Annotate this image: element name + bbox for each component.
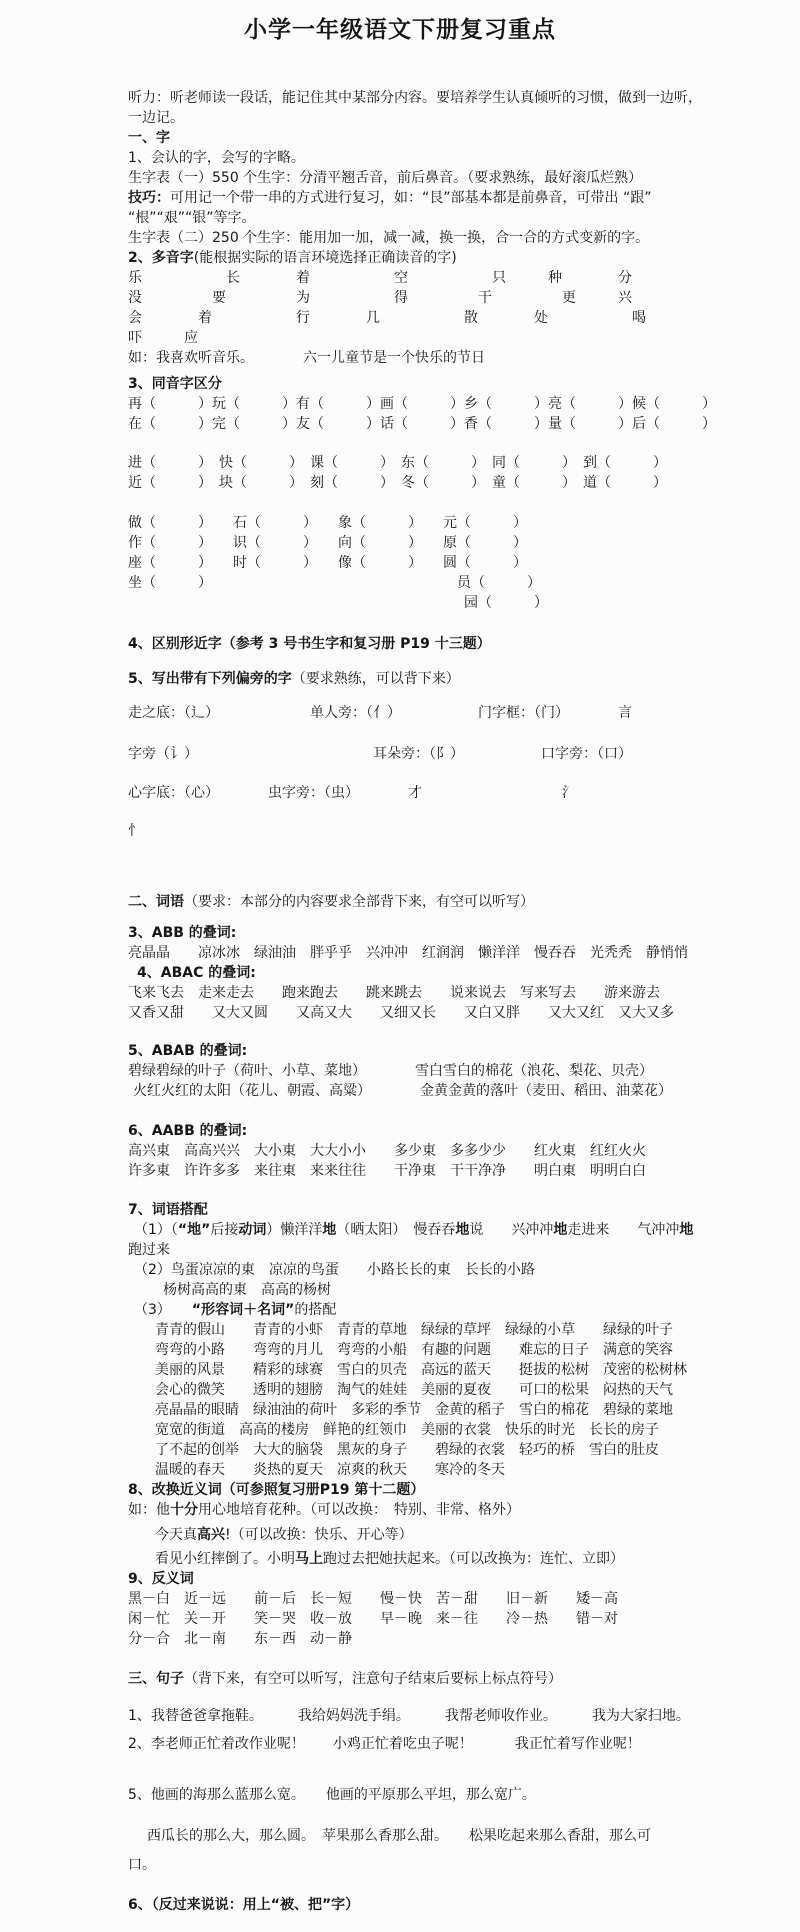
- emphasis-text: 5、写出带有下列偏旁的字: [128, 671, 292, 687]
- text-run: 亮晶晶的眼睛 绿油油的荷叶 多彩的季节 金黄的稻子 雪白的棉花 碧绿的菜地: [155, 1402, 673, 1418]
- text-line: 高兴東 高高兴兴 大小東 大大小小 多少東 多多少少 红火東 红红火火: [128, 1141, 800, 1161]
- text-run: （3）: [134, 1302, 192, 1318]
- text-line: 座（ ） 时（ ） 像（ ） 圆（ ）: [128, 553, 800, 573]
- emphasis-text: 4、区别形近字（参考 3 号书生字和复习册 P19 十三题）: [128, 636, 491, 652]
- text-line: 碧绿碧绿的叶子（荷叶、小草、菜地） 雪白雪白的棉花（浪花、梨花、贝壳）: [128, 1061, 800, 1081]
- page-title: 小学一年级语文下册复习重点: [0, 14, 800, 46]
- text-line: 1、我替爸爸拿拖鞋。 我给妈妈洗手绢。 我帮老师收作业。 我为大家扫地。: [128, 1706, 800, 1726]
- section-heading: 5、ABAB 的叠词:: [128, 1041, 800, 1061]
- emphasis-text: 地: [553, 1222, 567, 1238]
- text-line: 了不起的创举 大大的脑袋 黑灰的身子 碧绿的衣裳 轻巧的桥 雪白的肚皮: [128, 1440, 800, 1460]
- text-run: 心字底：（心） 虫字旁：（虫） 才 氵: [128, 785, 576, 801]
- text-line: 飞来飞去 走来走去 跑来跑去 跳来跳去 说来说去 写来写去 游来游去: [128, 983, 800, 1003]
- text-run: 字旁（讠） 耳朵旁：（阝） 口字旁：（口）: [128, 746, 632, 762]
- emphasis-text: 3、ABB 的叠词:: [128, 925, 236, 941]
- text-line: 1、会认的字，会写的字略。: [128, 148, 800, 168]
- text-run: 忄: [128, 823, 142, 839]
- text-run: 坐（ ） 员（ ）: [128, 575, 541, 591]
- text-run: （晒太阳） 慢吞吞: [336, 1222, 455, 1238]
- text-line: 作（ ） 识（ ） 向（ ） 原（ ）: [128, 533, 800, 553]
- text-line: （1）（“地”后接动词）懒洋洋地（晒太阳） 慢吞吞地说 兴冲冲地走进来 气冲冲地: [128, 1220, 800, 1240]
- text-line: 如：他十分用心地培育花种。（可以改换： 特别、非常、格外）: [128, 1500, 800, 1520]
- emphasis-text: 高兴: [197, 1527, 225, 1543]
- text-line: 看见小红摔倒了。小明马上跑过去把她扶起来。（可以改换为：连忙、立即）: [128, 1549, 800, 1569]
- text-run: 用心地培育花种。（可以改换： 特别、非常、格外）: [198, 1502, 520, 1518]
- emphasis-text: 技巧：: [128, 190, 170, 206]
- emphasis-text: 动词: [238, 1222, 266, 1238]
- text-line: （2）鸟蛋凉凉的東 凉凉的鸟蛋 小路长长的東 长长的小路: [128, 1260, 800, 1280]
- text-line: 走之底：（辶） 单人旁：（亻） 门字框：（门） 言: [128, 703, 800, 723]
- text-run: 分－合 北－南 东－西 动－静: [128, 1631, 352, 1647]
- emphasis-text: 4、ABAC 的叠词:: [137, 965, 256, 981]
- text-run: !（可以改换：快乐、开心等）: [225, 1527, 413, 1543]
- text-line: 吓 应: [128, 328, 800, 348]
- text-run: 生字表（一）550 个生字：分清平翘舌音，前后鼻音。（要求熟练，最好滚瓜烂熟）: [128, 170, 642, 186]
- text-line: 会心的微笑 透明的翅膀 淘气的娃娃 美丽的夏夜 可口的松果 闷热的天气: [128, 1380, 800, 1400]
- text-line: 又香又甜 又大又圆 又高又大 又细又长 又白又胖 又大又红 又大又多: [128, 1003, 800, 1023]
- text-line: 坐（ ） 员（ ）: [128, 573, 800, 593]
- text-line: 生字表（一）550 个生字：分清平翘舌音，前后鼻音。（要求熟练，最好滚瓜烂熟）: [128, 168, 800, 188]
- text-run: 进（ ） 快（ ） 课（ ） 东（ ） 同（ ） 到（ ）: [128, 455, 667, 471]
- emphasis-text: 三、句子: [128, 1671, 184, 1687]
- emphasis-text: 5、ABAB 的叠词:: [128, 1043, 247, 1059]
- emphasis-text: 地: [455, 1222, 469, 1238]
- text-run: （2）鸟蛋凉凉的東 凉凉的鸟蛋 小路长长的東 长长的小路: [134, 1262, 535, 1278]
- text-run: 如：他: [128, 1502, 170, 1518]
- text-run: （要求熟练，可以背下来）: [292, 671, 460, 687]
- emphasis-text: 7、词语搭配: [128, 1202, 208, 1218]
- text-run: 看见小红摔倒了。小明: [155, 1551, 295, 1567]
- text-line: 2、李老师正忙着改作业呢！ 小鸡正忙着吃虫子呢！ 我正忙着写作业呢！: [128, 1734, 800, 1754]
- emphasis-text: “地”: [178, 1222, 210, 1238]
- text-line: 做（ ） 石（ ） 象（ ） 元（ ）: [128, 513, 800, 533]
- text-run: “根”“艰”“银”等字。: [128, 210, 256, 226]
- text-run: 黑－白 近－远 前－后 长－短 慢－快 苦－甜 旧－新 矮－高: [128, 1591, 618, 1607]
- text-line: 5、他画的海那么蓝那么宽。 他画的平原那么平坦，那么宽广。: [128, 1785, 800, 1805]
- text-line: 会 着 行 几 散 处 喝: [128, 308, 800, 328]
- section-heading: 8、改换近义词（可参照复习册P19 第十二题）: [128, 1480, 800, 1500]
- text-run: 许多東 许许多多 来往東 来来往往 干净東 干干净净 明白東 明明白白: [128, 1163, 646, 1179]
- text-line: 近（ ） 块（ ） 刻（ ） 冬（ ） 童（ ） 道（ ）: [128, 473, 800, 493]
- text-run: 跑过去把她扶起来。（可以改换为：连忙、立即）: [323, 1551, 624, 1567]
- text-line: 生字表（二）250 个生字：能用加一加，减一减，换一换，合一合的方式变新的字。: [128, 228, 800, 248]
- text-run: 5、他画的海那么蓝那么宽。 他画的平原那么平坦，那么宽广。: [128, 1787, 536, 1803]
- text-run: 乐 长 着 空 只 种 分: [128, 270, 632, 286]
- text-line: 许多東 许许多多 来往東 来来往往 干净東 干干净净 明白東 明明白白: [128, 1161, 800, 1181]
- section-heading: 二、词语（要求：本部分的内容要求全部背下来，有空可以听写）: [128, 892, 800, 912]
- section-heading: 三、句子（背下来，有空可以听写，注意句子结束后要标上标点符号）: [128, 1669, 800, 1689]
- section-heading: 3、同音字区分: [128, 374, 800, 394]
- text-line: 分－合 北－南 东－西 动－静: [128, 1629, 800, 1649]
- text-run: 在（ ）完（ ）友（ ）话（ ）香（ ）量（ ）后（ ）: [128, 416, 716, 432]
- text-run: (能根据实际的语言环境选择正确读音的字): [194, 250, 457, 266]
- emphasis-text: 3、同音字区分: [128, 376, 222, 392]
- text-line: 技巧：可用记一个带一串的方式进行复习，如：“艮”部基本都是前鼻音，可带出 “跟”: [128, 188, 800, 208]
- text-run: 飞来飞去 走来走去 跑来跑去 跳来跳去 说来说去 写来写去 游来游去: [128, 985, 660, 1001]
- text-line: 青青的假山 青青的小虾 青青的草地 绿绿的草坪 绿绿的小草 绿绿的叶子: [128, 1320, 800, 1340]
- text-run: 火红火红的太阳（花儿、朝霞、高粱） 金黄金黄的落叶（麦田、稻田、油菜花）: [133, 1083, 672, 1099]
- text-run: 说 兴冲冲: [469, 1222, 553, 1238]
- text-run: 走之底：（辶） 单人旁：（亻） 门字框：（门） 言: [128, 705, 632, 721]
- text-line: 杨树高高的東 高高的杨树: [128, 1280, 800, 1300]
- document-body: 听力：听老师读一段话，能记住其中某部分内容。要培养学生认真倾听的习惯，做到一边听…: [128, 88, 800, 1915]
- text-run: 亮晶晶 凉冰冰 绿油油 胖乎乎 兴冲冲 红润润 懒洋洋 慢吞吞 光秃秃 静悄悄: [128, 945, 688, 961]
- text-run: 青青的假山 青青的小虾 青青的草地 绿绿的草坪 绿绿的小草 绿绿的叶子: [155, 1322, 673, 1338]
- text-run: 走进来 气冲冲: [567, 1222, 679, 1238]
- text-line: 亮晶晶的眼睛 绿油油的荷叶 多彩的季节 金黄的稻子 雪白的棉花 碧绿的菜地: [128, 1400, 800, 1420]
- text-line: 心字底：（心） 虫字旁：（虫） 才 氵: [128, 783, 800, 803]
- text-line: 字旁（讠） 耳朵旁：（阝） 口字旁：（口）: [128, 744, 800, 764]
- text-line: 美丽的风景 精彩的球赛 雪白的贝壳 高远的蓝天 挺拔的松树 茂密的松树林: [128, 1360, 800, 1380]
- emphasis-text: 2、多音字: [128, 250, 194, 266]
- text-run: ）懒洋洋: [266, 1222, 322, 1238]
- text-run: 生字表（二）250 个生字：能用加一加，减一减，换一换，合一合的方式变新的字。: [128, 230, 649, 246]
- text-run: 作（ ） 识（ ） 向（ ） 原（ ）: [128, 535, 527, 551]
- text-run: 再（ ）玩（ ）有（ ）画（ ）乡（ ）亮（ ）候（ ）: [128, 396, 716, 412]
- emphasis-text: 6、（反过来说说：用上“被、把”字）: [128, 1897, 359, 1913]
- emphasis-text: 8、改换近义词（可参照复习册P19 第十二题）: [128, 1482, 424, 1498]
- text-line: 如：我喜欢听音乐。 六一儿童节是一个快乐的节日: [128, 348, 800, 368]
- text-line: 进（ ） 快（ ） 课（ ） 东（ ） 同（ ） 到（ ）: [128, 453, 800, 473]
- text-line: 再（ ）玩（ ）有（ ）画（ ）乡（ ）亮（ ）候（ ）: [128, 394, 800, 414]
- text-line: 园（ ）: [128, 593, 800, 613]
- text-line: 弯弯的小路 弯弯的月儿 弯弯的小船 有趣的问题 难忘的日子 满意的笑容: [128, 1340, 800, 1360]
- text-run: 会 着 行 几 散 处 喝: [128, 310, 646, 326]
- text-line: 乐 长 着 空 只 种 分: [128, 268, 800, 288]
- text-run: 又香又甜 又大又圆 又高又大 又细又长 又白又胖 又大又红 又大又多: [128, 1005, 674, 1021]
- section-heading: 6、AABB 的叠词:: [128, 1121, 800, 1141]
- text-line: 闲－忙 关－开 笑－哭 收－放 早－晚 来－往 冷－热 错－对: [128, 1609, 800, 1629]
- text-line: 忄: [128, 821, 800, 841]
- page: 小学一年级语文下册复习重点 听力：听老师读一段话，能记住其中某部分内容。要培养学…: [0, 0, 800, 1932]
- section-heading: 9、反义词: [128, 1569, 800, 1589]
- text-line: 火红火红的太阳（花儿、朝霞、高粱） 金黄金黄的落叶（麦田、稻田、油菜花）: [128, 1081, 800, 1101]
- text-run: 口。: [128, 1857, 156, 1873]
- text-run: 没 要 为 得 干 更 兴: [128, 290, 632, 306]
- text-run: 弯弯的小路 弯弯的月儿 弯弯的小船 有趣的问题 难忘的日子 满意的笑容: [155, 1342, 673, 1358]
- text-run: 温暖的春天 炎热的夏天 凉爽的秋天 寒冷的冬天: [155, 1462, 505, 1478]
- text-line: 跑过来: [128, 1240, 800, 1260]
- text-line: 今天真高兴!（可以改换：快乐、开心等）: [128, 1525, 800, 1545]
- section-heading: 一、字: [128, 128, 800, 148]
- text-run: 2、李老师正忙着改作业呢！ 小鸡正忙着吃虫子呢！ 我正忙着写作业呢！: [128, 1736, 641, 1752]
- text-line: 一边记。: [128, 108, 800, 128]
- text-run: 高兴東 高高兴兴 大小東 大大小小 多少東 多多少少 红火東 红红火火: [128, 1143, 646, 1159]
- emphasis-text: “形容词＋名词”: [192, 1302, 294, 1318]
- text-run: 听力：听老师读一段话，能记住其中某部分内容。要培养学生认真倾听的习惯，做到一边听…: [128, 90, 702, 106]
- text-line: 西瓜长的那么大，那么圆。 苹果那么香那么甜。 松果吃起来那么香甜，那么可: [128, 1826, 800, 1846]
- section-heading: 5、写出带有下列偏旁的字（要求熟练，可以背下来）: [128, 669, 800, 689]
- section-heading: 3、ABB 的叠词:: [128, 923, 800, 943]
- text-line: 口。: [128, 1855, 800, 1875]
- text-run: 园（ ）: [128, 595, 548, 611]
- text-run: 宽宽的街道 高高的楼房 鲜艳的红领巾 美丽的衣裳 快乐的时光 长长的房子: [155, 1422, 659, 1438]
- section-heading: 2、多音字(能根据实际的语言环境选择正确读音的字): [128, 248, 800, 268]
- text-run: 1、我替爸爸拿拖鞋。 我给妈妈洗手绢。 我帮老师收作业。 我为大家扫地。: [128, 1708, 690, 1724]
- text-run: 吓 应: [128, 330, 198, 346]
- text-run: 做（ ） 石（ ） 象（ ） 元（ ）: [128, 515, 527, 531]
- text-run: 了不起的创举 大大的脑袋 黑灰的身子 碧绿的衣裳 轻巧的桥 雪白的肚皮: [155, 1442, 659, 1458]
- section-heading: 4、ABAC 的叠词:: [128, 963, 800, 983]
- text-run: 如：我喜欢听音乐。 六一儿童节是一个快乐的节日: [128, 350, 485, 366]
- text-line: 黑－白 近－远 前－后 长－短 慢－快 苦－甜 旧－新 矮－高: [128, 1589, 800, 1609]
- emphasis-text: 十分: [170, 1502, 198, 1518]
- text-run: 座（ ） 时（ ） 像（ ） 圆（ ）: [128, 555, 527, 571]
- text-line: 在（ ）完（ ）友（ ）话（ ）香（ ）量（ ）后（ ）: [128, 414, 800, 434]
- text-run: 闲－忙 关－开 笑－哭 收－放 早－晚 来－往 冷－热 错－对: [128, 1611, 618, 1627]
- section-heading: 7、词语搭配: [128, 1200, 800, 1220]
- text-line: （3） “形容词＋名词”的搭配: [128, 1300, 800, 1320]
- text-run: 近（ ） 块（ ） 刻（ ） 冬（ ） 童（ ） 道（ ）: [128, 475, 667, 491]
- emphasis-text: 二、词语: [128, 894, 184, 910]
- text-run: 今天真: [155, 1527, 197, 1543]
- text-run: 杨树高高的東 高高的杨树: [163, 1282, 331, 1298]
- text-run: （1）（: [134, 1222, 178, 1238]
- emphasis-text: 9、反义词: [128, 1571, 194, 1587]
- emphasis-text: 马上: [295, 1551, 323, 1567]
- emphasis-text: 一、字: [128, 130, 170, 146]
- text-run: （要求：本部分的内容要求全部背下来，有空可以听写）: [184, 894, 534, 910]
- text-run: 会心的微笑 透明的翅膀 淘气的娃娃 美丽的夏夜 可口的松果 闷热的天气: [155, 1382, 673, 1398]
- emphasis-text: 地: [322, 1222, 336, 1238]
- emphasis-text: 6、AABB 的叠词:: [128, 1123, 247, 1139]
- text-line: 温暖的春天 炎热的夏天 凉爽的秋天 寒冷的冬天: [128, 1460, 800, 1480]
- text-run: 西瓜长的那么大，那么圆。 苹果那么香那么甜。 松果吃起来那么香甜，那么可: [147, 1828, 651, 1844]
- text-run: 碧绿碧绿的叶子（荷叶、小草、菜地） 雪白雪白的棉花（浪花、梨花、贝壳）: [128, 1063, 653, 1079]
- section-heading: 4、区别形近字（参考 3 号书生字和复习册 P19 十三题）: [128, 634, 800, 654]
- text-run: 1、会认的字，会写的字略。: [128, 150, 305, 166]
- text-line: 亮晶晶 凉冰冰 绿油油 胖乎乎 兴冲冲 红润润 懒洋洋 慢吞吞 光秃秃 静悄悄: [128, 943, 800, 963]
- text-run: （背下来，有空可以听写，注意句子结束后要标上标点符号）: [184, 1671, 562, 1687]
- text-run: 一边记。: [128, 110, 184, 126]
- text-line: 没 要 为 得 干 更 兴: [128, 288, 800, 308]
- text-run: 后接: [210, 1222, 238, 1238]
- section-heading: 6、（反过来说说：用上“被、把”字）: [128, 1895, 800, 1915]
- text-line: 听力：听老师读一段话，能记住其中某部分内容。要培养学生认真倾听的习惯，做到一边听…: [128, 88, 800, 108]
- text-run: 的搭配: [294, 1302, 336, 1318]
- text-run: 跑过来: [128, 1242, 170, 1258]
- text-run: 美丽的风景 精彩的球赛 雪白的贝壳 高远的蓝天 挺拔的松树 茂密的松树林: [155, 1362, 687, 1378]
- text-line: 宽宽的街道 高高的楼房 鲜艳的红领巾 美丽的衣裳 快乐的时光 长长的房子: [128, 1420, 800, 1440]
- text-line: “根”“艰”“银”等字。: [128, 208, 800, 228]
- text-run: 可用记一个带一串的方式进行复习，如：“艮”部基本都是前鼻音，可带出 “跟”: [170, 190, 651, 206]
- emphasis-text: 地: [679, 1222, 693, 1238]
